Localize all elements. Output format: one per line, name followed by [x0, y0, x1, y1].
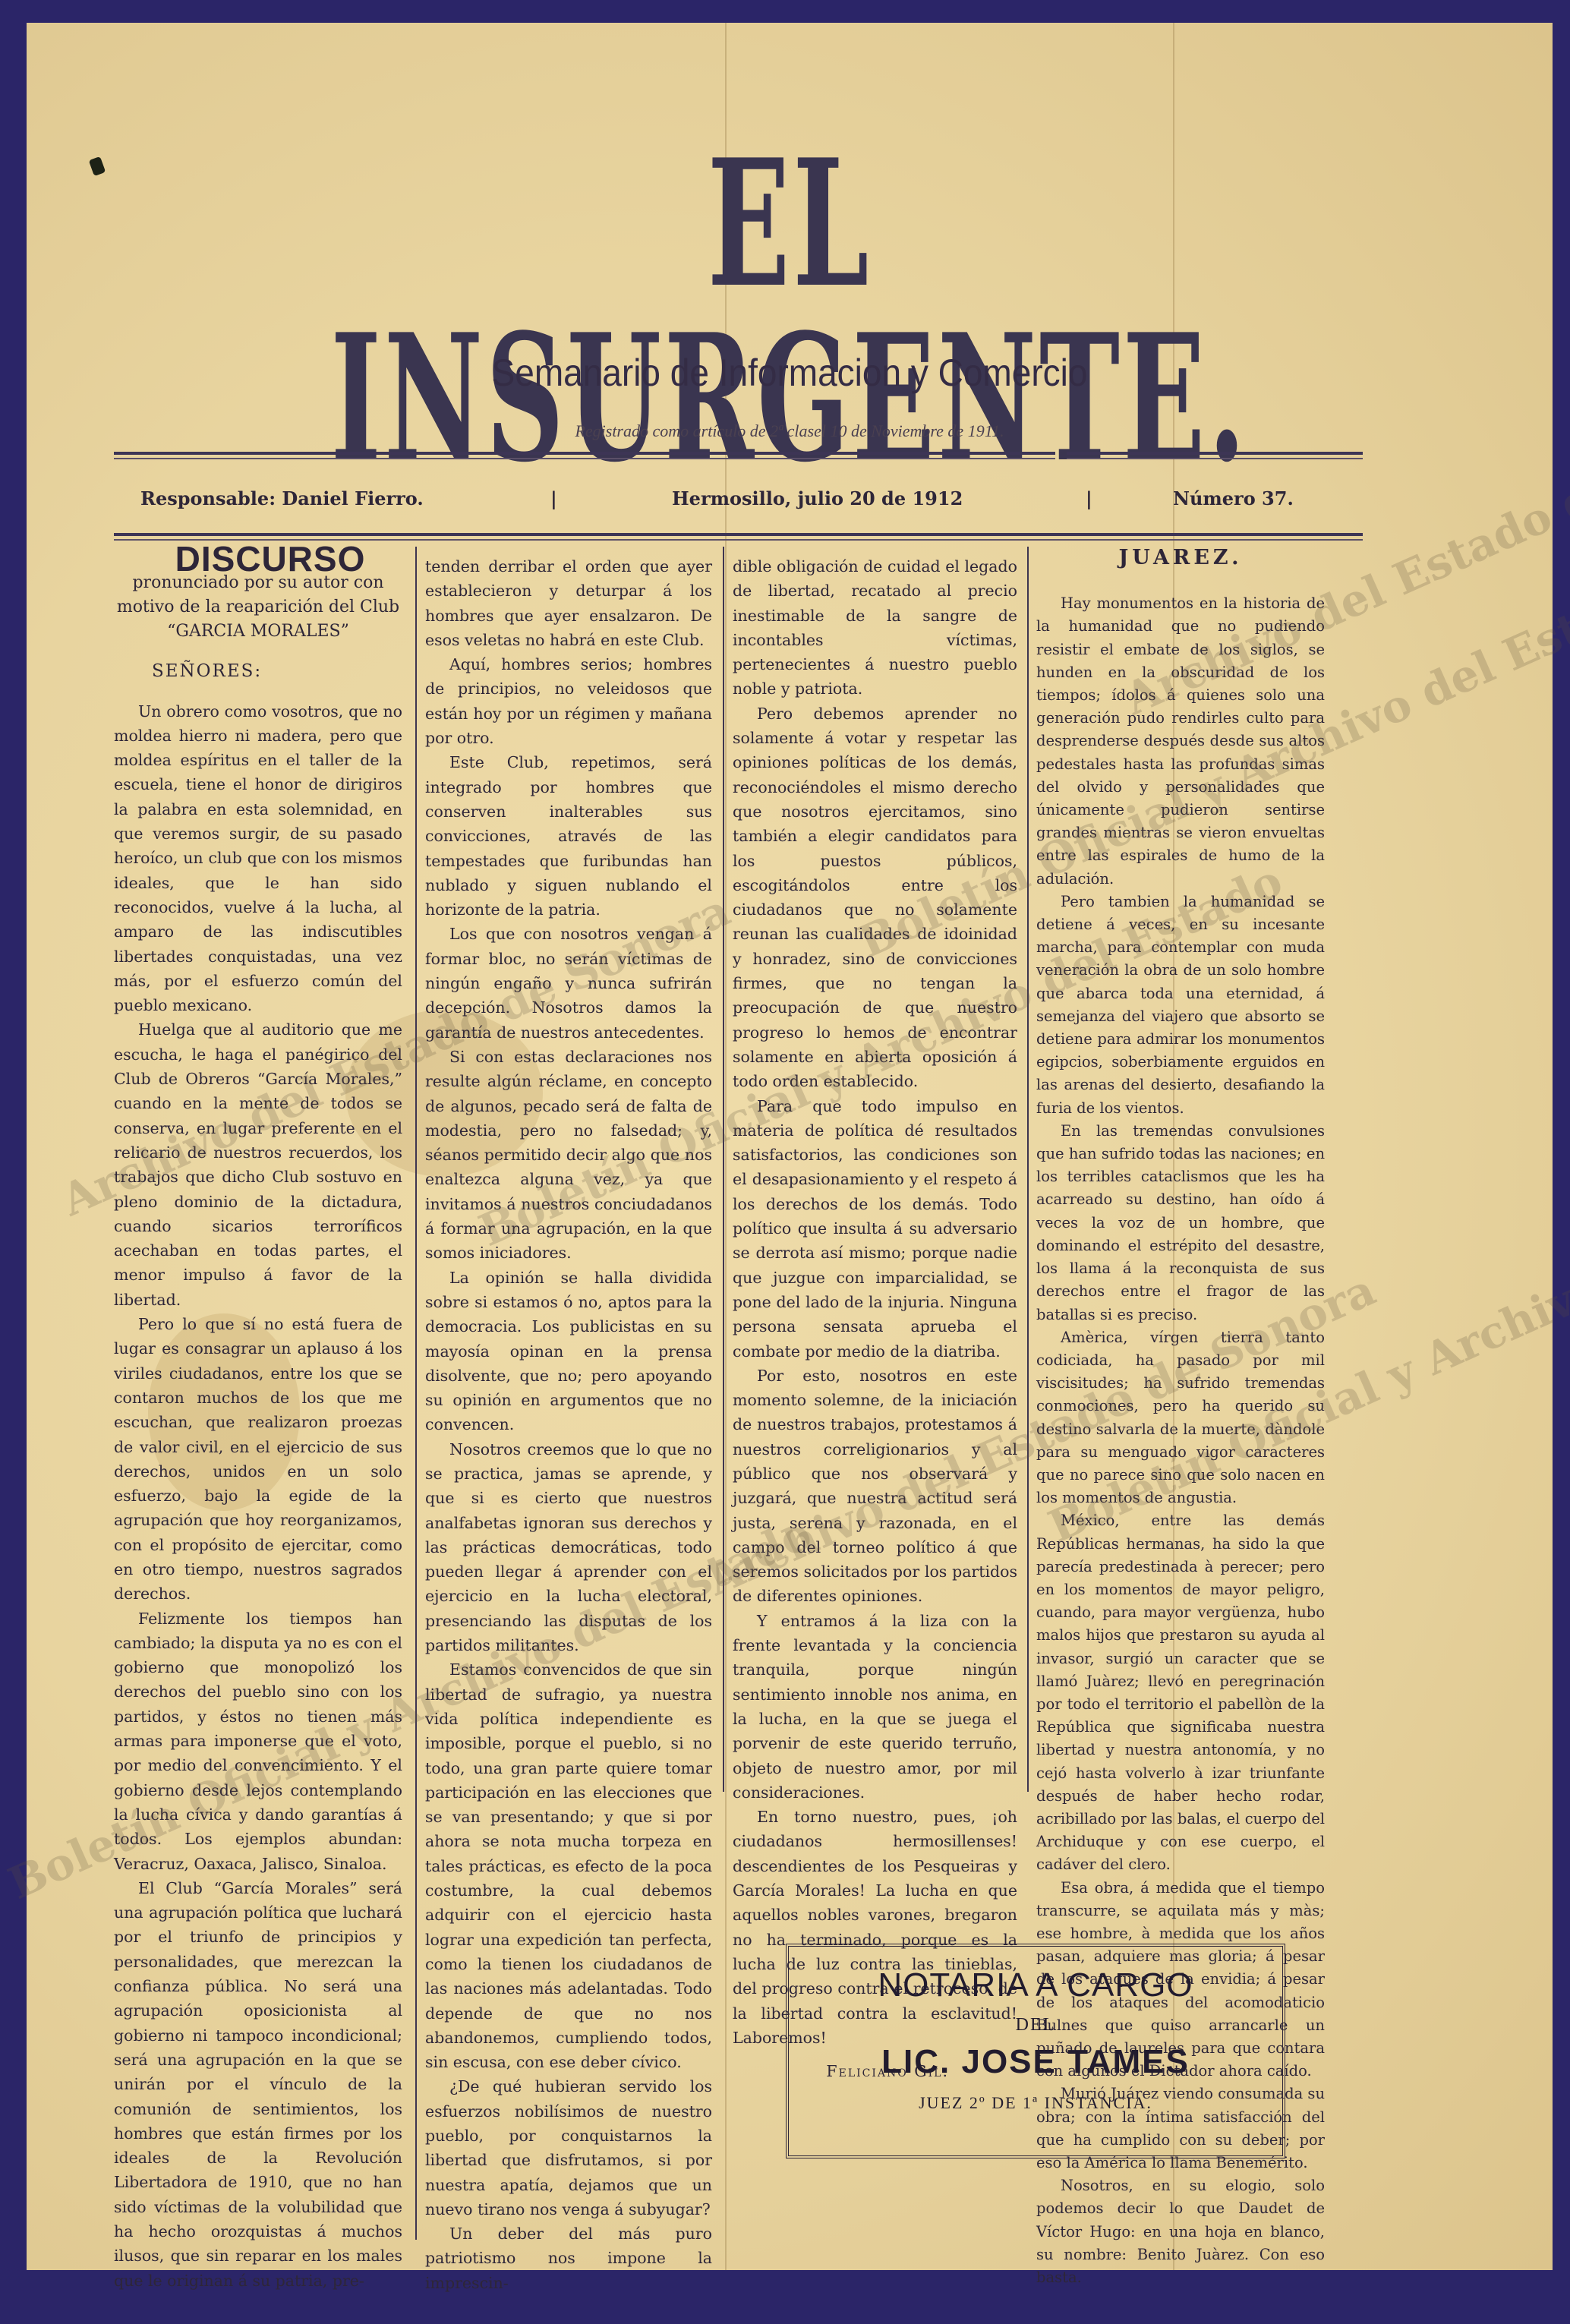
column-divider — [1027, 547, 1029, 1792]
paragraph: Por esto, nosotros en este momento solem… — [733, 1364, 1017, 1609]
newspaper-subtitle: Semanario de Informacion y Comercio — [87, 351, 1491, 395]
paper-hole — [89, 156, 106, 176]
paragraph: Estamos convencidos de que sin libertad … — [425, 1657, 712, 2074]
ad-line-2: DEL — [789, 2015, 1282, 2035]
column-divider — [415, 547, 417, 2240]
paragraph: Nosotros, en su elogio, solo podemos dec… — [1036, 2174, 1325, 2289]
issue-info-bar: Responsable: Daniel Fierro. | Hermosillo… — [140, 487, 1355, 518]
column-2: tenden derribar el orden que ayer establ… — [425, 554, 712, 2295]
column-1: DISCURSO pronunciado por su autor con mo… — [114, 547, 402, 2293]
header-rule — [114, 452, 1055, 459]
header-rule — [1067, 452, 1363, 459]
paragraph: Pero lo que sí no está fuera de lugar es… — [114, 1312, 402, 1607]
paragraph: Pero debemos aprender no solamente á vot… — [733, 702, 1017, 1094]
paragraph: Y entramos á la liza con la frente levan… — [733, 1609, 1017, 1805]
column-3: dible obligación de cuidad el legado de … — [733, 554, 1017, 2083]
newspaper-page: EL INSURGENTE. Semanario de Informacion … — [27, 23, 1553, 2270]
issue-number: Número 37. — [1173, 487, 1294, 509]
paragraph: La opinión se halla dividida sobre si es… — [425, 1266, 712, 1437]
separator: | — [1086, 487, 1092, 509]
paragraph: Aquí, hombres serios; hombres de princip… — [425, 652, 712, 750]
paragraph: Este Club, repetimos, será integrado por… — [425, 750, 712, 922]
paragraph: En las tremendas convulsiones que han su… — [1036, 1120, 1325, 1326]
salutation: SEÑORES: — [152, 659, 402, 683]
paragraph: dible obligación de cuidad el legado de … — [733, 554, 1017, 702]
ad-line-1: NOTARIA A CARGO — [789, 1966, 1282, 2004]
column-divider — [723, 547, 724, 1792]
paragraph: Felizmente los tiempos han cambiado; la … — [114, 1607, 402, 1876]
paragraph: Hay monumentos en la historia de la huma… — [1036, 592, 1325, 891]
paragraph: Para que todo impulso en materia de polí… — [733, 1094, 1017, 1364]
paragraph: El Club “García Morales” será una agrupa… — [114, 1876, 402, 2293]
paragraph: Los que con nosotros vengan á formar blo… — [425, 922, 712, 1044]
paragraph: ¿De qué hubieran servido los esfuerzos n… — [425, 2074, 712, 2222]
notary-advertisement: NOTARIA A CARGO DEL LIC. JOSE TAMES JUEZ… — [786, 1944, 1285, 2158]
responsible-editor: Responsable: Daniel Fierro. — [140, 487, 424, 509]
article-heading: JUAREZ. — [1036, 547, 1325, 569]
ad-line-3: LIC. JOSE TAMES — [789, 2043, 1282, 2081]
paragraph: México, entre las demás Repúblicas herma… — [1036, 1509, 1325, 1876]
registration-note: Registrado como artículo de 2ª clasel 10… — [27, 421, 1553, 441]
paragraph: Amèrica, vírgen tierra tanto codiciada, … — [1036, 1326, 1325, 1510]
paragraph: tenden derribar el orden que ayer establ… — [425, 554, 712, 652]
paragraph: Un obrero como vosotros, que no moldea h… — [114, 699, 402, 1018]
article-lead: pronunciado por su autor con motivo de l… — [114, 571, 402, 644]
paragraph: Un deber del más puro patriotismo nos im… — [425, 2222, 712, 2295]
place-date: Hermosillo, julio 20 de 1912 — [672, 487, 963, 509]
separator: | — [550, 487, 557, 509]
paragraph: Nosotros creemos que lo que no se practi… — [425, 1437, 712, 1658]
paragraph: Huelga que al auditorio que me escucha, … — [114, 1017, 402, 1312]
article-heading: DISCURSO — [114, 547, 402, 571]
paragraph: Pero tambien la humanidad se detiene á v… — [1036, 891, 1325, 1120]
ad-line-4: JUEZ 2º DE 1ª INSTANCIA. — [789, 2093, 1282, 2113]
paragraph: Si con estas declaraciones nos resulte a… — [425, 1045, 712, 1266]
